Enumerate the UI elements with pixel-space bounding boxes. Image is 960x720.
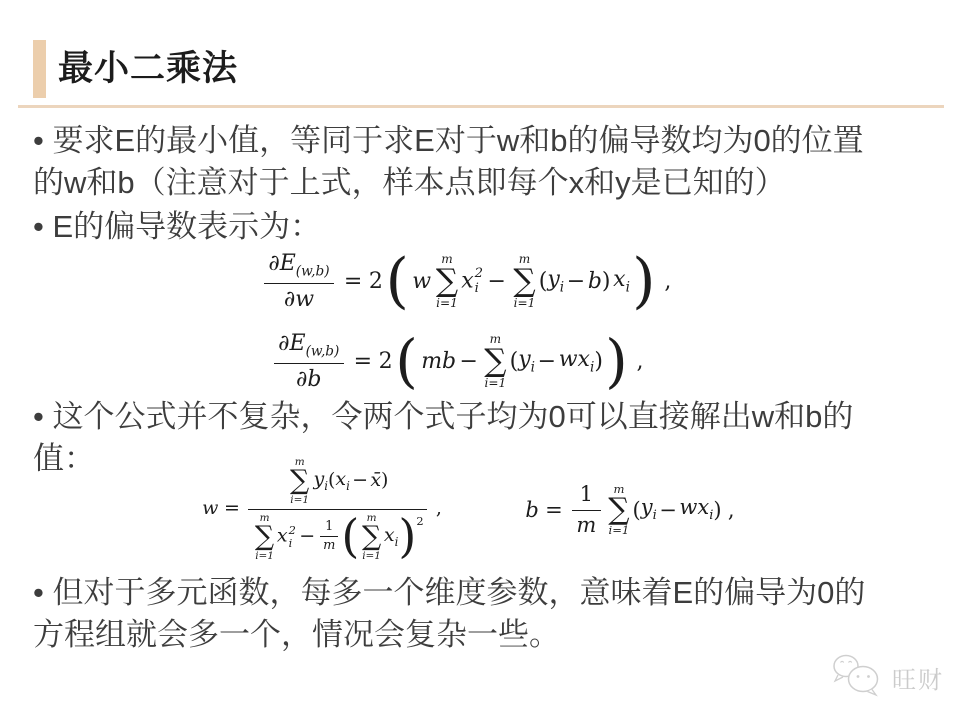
formula-w-solution: w=m∑i=1yi(xi−x̄)m∑i=1x2i−1m(m∑i=1xi)2, [150,450,494,568]
bullet-line: • 但对于多元函数，每多一个维度参数，意味着E的偏导为0的 [33,572,865,614]
watermark-label: 旺财 [892,660,944,695]
bullet-line: 方程组就会多一个，情况会复杂一些。 [33,614,865,656]
bullet-line: • 要求E的最小值，等同于求E对于w和b的偏导数均为0的位置 [33,120,864,162]
bullet-line: 的w和b（注意对于上式，样本点即每个x和y是已知的） [33,162,864,204]
bullet-line: • 这个公式并不复杂，令两个式子均为0可以直接解出w和b的 [33,396,853,438]
slide: 最小二乘法 • 要求E的最小值，等同于求E对于w和b的偏导数均为0的位置 的w和… [0,0,960,720]
title-divider-line [18,105,944,108]
formula-b-solution: b=1mm∑i=1(yi−wxi), [506,464,754,556]
watermark: 旺财 [829,652,944,703]
bullet-minimize-e: • 要求E的最小值，等同于求E对于w和b的偏导数均为0的位置 的w和b（注意对于… [33,120,864,204]
formula-partial-derivative-b: ∂E(w,b)∂b=2(mb−m∑i=1(yi−wxi)), [0,322,960,402]
bullet-multivariate-note: • 但对于多元函数，每多一个维度参数，意味着E的偏导为0的 方程组就会多一个，情… [33,572,865,656]
title-accent-bar [33,40,46,98]
wechat-chat-bubbles-icon [829,652,887,703]
slide-title: 最小二乘法 [58,40,238,98]
formula-partial-derivative-w: ∂E(w,b)∂w=2(wm∑i=1x2i−m∑i=1(yi−b)xi), [0,240,960,324]
